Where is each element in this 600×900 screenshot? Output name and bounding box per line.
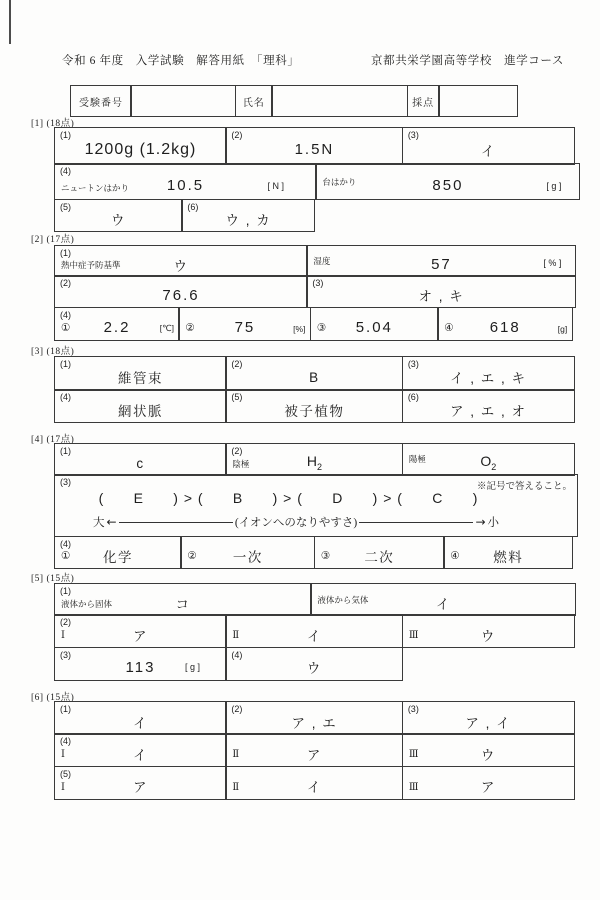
table-row: (4) ニュートンはかり 10.5 [ N ] 台はかり 850 [ g ] [54, 163, 580, 200]
answer-text: ウ [481, 618, 496, 645]
s1-q1-cell: (1) 1200g (1.2kg) [54, 127, 227, 165]
question-number: (3) [408, 704, 419, 714]
answer-text: イ [436, 586, 451, 613]
question-number: (1) [60, 359, 71, 369]
table-row: (2) 76.6 (3) オ , キ [54, 275, 576, 308]
s6-q2-cell: (2) ア , エ [225, 701, 403, 735]
table-row: (1) 液体から固体 コ 液体から気体 イ [54, 583, 576, 616]
answer-text: 113 [126, 652, 156, 676]
table-row: (1) 維管束 (2) B (3) イ , エ , キ [54, 356, 575, 391]
answer-text: c [136, 449, 144, 471]
item-mark: Ⅱ [232, 630, 239, 641]
order-sequence: ( E ) > ( B ) > ( D ) > ( C ) [99, 490, 479, 506]
chem-subscript: 2 [491, 462, 496, 472]
answer-text: 1200g (1.2kg) [85, 134, 197, 159]
table-row: (4) 網状脈 (5) 被子植物 (6) ア , エ , オ [54, 389, 575, 423]
s1-q5-cell: (5) ウ [54, 199, 183, 232]
answer-text: O2 [480, 447, 496, 472]
s6-q5-item2-cell: Ⅱ イ [225, 766, 403, 800]
question-number: (2) [60, 278, 71, 288]
answer-text: ア , エ [292, 705, 338, 732]
answer-text: イ [307, 769, 322, 796]
s5-q4-cell: (4) ウ [225, 647, 403, 681]
section-5-table: (1) 液体から固体 コ 液体から気体 イ (2) Ⅰ ア Ⅱ イ Ⅲ ウ [54, 583, 576, 681]
answer-text: 75 [235, 312, 256, 336]
question-number: (3) [60, 650, 71, 660]
s6-q3-cell: (3) ア , イ [402, 701, 575, 735]
item-mark: ① [61, 322, 70, 334]
s3-q4-cell: (4) 網状脈 [54, 389, 227, 423]
section-4-table: (1) c (2) 陰極 H2 陽極 O2 (3) ※記号で答えること。 ( E… [54, 443, 578, 569]
question-number: (4) [60, 310, 71, 320]
chem-subscript: 2 [317, 462, 322, 472]
page-title: 令和 6 年度 入学試験 解答用紙 「理科」 [62, 52, 299, 68]
sub-label: 熱中症予防基準 [61, 259, 121, 271]
answer-text: 被子植物 [284, 393, 344, 420]
score-label: 採点 [407, 85, 440, 117]
answer-text: イ , エ , キ [450, 360, 527, 387]
right-arrowhead-icon: → [475, 516, 485, 528]
s4-q1-cell: (1) c [54, 443, 227, 476]
s3-q1-cell: (1) 維管束 [54, 356, 227, 391]
question-number: (6) [187, 202, 198, 212]
item-mark: ② [187, 550, 196, 562]
name-label: 氏名 [235, 85, 273, 117]
s5-q2-item2-cell: Ⅱ イ [225, 614, 403, 648]
s2-q4-item2-cell: ② 75 [%] [178, 307, 311, 341]
sub-label: 液体から気体 [317, 594, 368, 606]
answer-text: ウ [111, 202, 126, 229]
s4-q3-cell: (3) ※記号で答えること。 ( E ) > ( B ) > ( D ) > (… [54, 474, 578, 537]
s2-q4-item1-cell: (4) ① 2.2 [℃] [54, 307, 180, 341]
section-2-table: (1) 熱中症予防基準 ウ 湿度 57 [ % ] (2) 76.6 (3) オ… [54, 245, 576, 341]
s5-q2-item1-cell: (2) Ⅰ ア [54, 614, 227, 648]
table-row: (2) Ⅰ ア Ⅱ イ Ⅲ ウ [54, 614, 575, 648]
s6-q4-item1-cell: (4) Ⅰ イ [54, 733, 227, 767]
s4-q2-cathode-cell: (2) 陰極 H2 [225, 443, 403, 476]
answer-text: 57 [431, 249, 452, 273]
section-3-label: [3] (18点) [31, 343, 74, 357]
table-row: (4) Ⅰ イ Ⅱ ア Ⅲ ウ [54, 733, 575, 767]
name-field [271, 85, 408, 117]
table-row: (1) 熱中症予防基準 ウ 湿度 57 [ % ] [54, 245, 576, 277]
s2-q2-cell: (2) 76.6 [54, 275, 308, 308]
s1-q6-cell: (6) ウ , カ [181, 199, 315, 232]
s4-q4-item3-cell: ③ 二次 [314, 536, 445, 569]
answer-text: 850 [432, 170, 463, 194]
item-mark: Ⅲ [409, 782, 419, 793]
section-5-label: [5] (15点) [31, 570, 74, 584]
answer-text: ウ , カ [226, 202, 272, 229]
answer-text: 一次 [233, 539, 263, 566]
sub-label: 陰極 [232, 458, 249, 470]
table-row: (5) ウ (6) ウ , カ [54, 199, 315, 232]
answer-text: 化学 [103, 539, 133, 566]
question-number: (4) [60, 392, 71, 402]
s6-q5-item3-cell: Ⅲ ア [402, 766, 575, 800]
s4-q4-item1-cell: (4) ① 化学 [54, 536, 182, 569]
unit-label: [ N ] [267, 181, 284, 191]
s6-q1-cell: (1) イ [54, 701, 227, 735]
score-field [438, 85, 518, 117]
answer-text: 10.5 [167, 170, 204, 194]
answer-text: ア [481, 769, 496, 796]
question-number: (2) [231, 446, 242, 456]
school-name: 京都共栄学園高等学校 進学コース [371, 52, 564, 68]
table-row: (3) 113 [ g ] (4) ウ [54, 647, 403, 681]
item-mark: Ⅲ [409, 630, 419, 641]
item-mark: ③ [321, 550, 330, 562]
s1-q4-newton-cell: (4) ニュートンはかり 10.5 [ N ] [54, 163, 317, 200]
section-1-table: (1) 1200g (1.2kg) (2) 1.5N (3) イ (4) ニュー… [54, 127, 580, 232]
item-mark: Ⅰ [61, 630, 65, 641]
question-number: (4) [60, 539, 71, 549]
instruction-note: ※記号で答えること。 [477, 478, 572, 492]
sub-label: ニュートンはかり [61, 182, 129, 194]
exam-number-field [130, 85, 236, 117]
item-mark: ② [185, 322, 194, 334]
s3-q6-cell: (6) ア , エ , オ [402, 389, 575, 423]
question-number: (4) [231, 650, 242, 660]
s4-q4-item4-cell: ④ 燃料 [443, 536, 573, 569]
answer-text: 76.6 [162, 280, 199, 304]
s5-q3-cell: (3) 113 [ g ] [54, 647, 227, 681]
item-mark: Ⅱ [232, 782, 239, 793]
chem-base: H [307, 453, 317, 469]
item-mark: Ⅲ [409, 749, 419, 760]
answer-text: 5.04 [356, 312, 393, 336]
scale-line [359, 522, 473, 523]
s3-q5-cell: (5) 被子植物 [225, 389, 403, 423]
question-number: (3) [408, 359, 419, 369]
answer-text: コ [176, 586, 191, 613]
s2-q4-item4-cell: ④ 618 [g] [437, 307, 573, 341]
scan-edge-artifact [9, 0, 11, 44]
s2-q1-humidity-cell: 湿度 57 [ % ] [306, 245, 576, 277]
question-number: (2) [231, 359, 242, 369]
item-mark: ③ [317, 322, 326, 334]
answer-text: ア , エ , オ [450, 393, 527, 420]
section-6-table: (1) イ (2) ア , エ (3) ア , イ (4) Ⅰ イ Ⅱ ア [54, 701, 575, 800]
question-number: (1) [60, 704, 71, 714]
answer-text: イ [481, 133, 496, 160]
s1-q3-cell: (3) イ [402, 127, 575, 165]
s5-q2-item3-cell: Ⅲ ウ [402, 614, 575, 648]
table-row: (3) ※記号で答えること。 ( E ) > ( B ) > ( D ) > (… [54, 474, 578, 537]
left-arrowhead-icon: ← [107, 516, 117, 528]
s6-q5-item1-cell: (5) Ⅰ ア [54, 766, 227, 800]
unit-label: [ g ] [546, 181, 561, 191]
s5-q1-gas-cell: 液体から気体 イ [310, 583, 576, 616]
question-number: (1) [60, 446, 71, 456]
s6-q4-item3-cell: Ⅲ ウ [402, 733, 575, 767]
s2-q1-standard-cell: (1) 熱中症予防基準 ウ [54, 245, 308, 277]
s2-q3-cell: (3) オ , キ [306, 275, 576, 308]
question-number: (1) [60, 130, 71, 140]
answer-text: ア , イ [465, 705, 511, 732]
s6-q4-item2-cell: Ⅱ ア [225, 733, 403, 767]
examinee-info-box: 受験番号 氏名 採点 [70, 85, 518, 117]
ion-scale: 大 ← (イオンへのなりやすさ) → 小 [55, 514, 577, 530]
item-mark: Ⅰ [61, 782, 65, 793]
question-number: (1) [60, 586, 71, 596]
question-number: (5) [60, 202, 71, 212]
s1-q4-scale-cell: 台はかり 850 [ g ] [315, 163, 580, 200]
scale-center-label: (イオンへのなりやすさ) [235, 514, 357, 530]
exam-number-label: 受験番号 [70, 85, 132, 117]
scale-line [119, 522, 233, 523]
answer-text: ア [133, 769, 148, 796]
question-number: (2) [231, 130, 242, 140]
s2-q4-item3-cell: ③ 5.04 [310, 307, 439, 341]
answer-text: H2 [307, 447, 322, 472]
table-row: (4) ① 化学 ② 一次 ③ 二次 ④ 燃料 [54, 536, 573, 569]
section-3-table: (1) 維管束 (2) B (3) イ , エ , キ (4) 網状脈 (5) … [54, 356, 575, 423]
question-number: (4) [60, 736, 71, 746]
item-mark: ④ [450, 550, 459, 562]
answer-text: 二次 [364, 539, 394, 566]
question-number: (2) [231, 704, 242, 714]
chem-base: O [480, 453, 491, 469]
item-mark: ① [61, 550, 70, 562]
question-number: (3) [408, 130, 419, 140]
answer-text: 2.2 [104, 312, 131, 336]
item-mark: ④ [444, 322, 453, 334]
answer-text: イ [133, 737, 148, 764]
s3-q2-cell: (2) B [225, 356, 403, 391]
table-row: (5) Ⅰ ア Ⅱ イ Ⅲ ア [54, 766, 575, 800]
s5-q1-solid-cell: (1) 液体から固体 コ [54, 583, 312, 616]
answer-text: ア [307, 737, 322, 764]
question-number: (3) [312, 278, 323, 288]
s4-q2-anode-cell: 陽極 O2 [402, 443, 575, 476]
table-row: (4) ① 2.2 [℃] ② 75 [%] ③ 5.04 ④ 618 [g] [54, 307, 573, 341]
answer-text: 燃料 [493, 539, 523, 566]
scale-small-label: 小 [488, 514, 500, 530]
answer-text: オ , キ [419, 278, 465, 305]
item-mark: Ⅰ [61, 749, 65, 760]
s1-q2-cell: (2) 1.5N [225, 127, 403, 165]
question-number: (6) [408, 392, 419, 402]
table-row: (1) イ (2) ア , エ (3) ア , イ [54, 701, 575, 735]
answer-text: ウ [307, 650, 322, 677]
sub-label: 湿度 [313, 255, 330, 267]
section-2-label: [2] (17点) [31, 231, 74, 245]
unit-label: [ % ] [543, 258, 561, 268]
question-number: (2) [60, 617, 71, 627]
scale-large-label: 大 [93, 514, 105, 530]
unit-label: [%] [293, 324, 305, 334]
unit-label: [g] [558, 324, 567, 334]
question-number: (5) [60, 769, 71, 779]
unit-label: [℃] [160, 323, 174, 334]
sub-label: 液体から固体 [61, 598, 112, 610]
question-number: (1) [60, 248, 71, 258]
table-row: (1) 1200g (1.2kg) (2) 1.5N (3) イ [54, 127, 575, 165]
answer-text: イ [133, 705, 148, 732]
unit-label: [ g ] [185, 662, 200, 672]
answer-text: ウ [174, 248, 189, 275]
question-number: (5) [231, 392, 242, 402]
answer-text: B [309, 363, 320, 385]
answer-text: 網状脈 [118, 393, 163, 420]
sub-label: 台はかり [322, 176, 356, 188]
question-number: (4) [60, 166, 71, 176]
sub-label: 陽極 [409, 453, 426, 465]
answer-text: ア [133, 618, 148, 645]
table-row: (1) c (2) 陰極 H2 陽極 O2 [54, 443, 575, 476]
answer-text: ウ [481, 737, 496, 764]
item-mark: Ⅱ [232, 749, 239, 760]
s4-q4-item2-cell: ② 一次 [180, 536, 315, 569]
answer-text: イ [307, 618, 322, 645]
answer-sheet-page: 令和 6 年度 入学試験 解答用紙 「理科」 京都共栄学園高等学校 進学コース … [0, 0, 600, 900]
answer-text: 1.5N [295, 134, 335, 158]
answer-text: 618 [490, 312, 521, 336]
answer-text: 維管束 [118, 360, 163, 387]
s3-q3-cell: (3) イ , エ , キ [402, 356, 575, 391]
question-number: (3) [60, 477, 71, 487]
